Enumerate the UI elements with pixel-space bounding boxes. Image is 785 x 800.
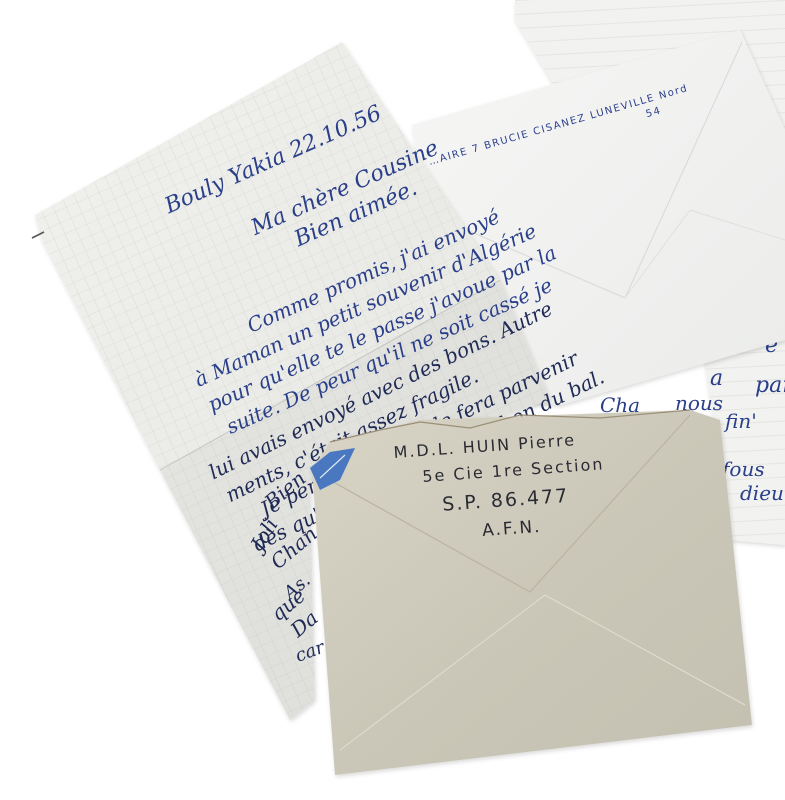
svg-text:par: par [755,373,785,398]
letters-photo: è a par Cha nous fin' fous dieu …AIRE 7 … [0,0,785,800]
svg-text:dieu: dieu [740,481,784,505]
svg-text:A.F.N.: A.F.N. [482,517,543,541]
svg-text:fous: fous [720,457,765,481]
svg-text:a: a [710,366,723,391]
aged-envelope: M.D.L. HUIN Pierre 5e Cie 1re Section S.… [310,410,752,775]
svg-text:fin': fin' [723,409,757,433]
